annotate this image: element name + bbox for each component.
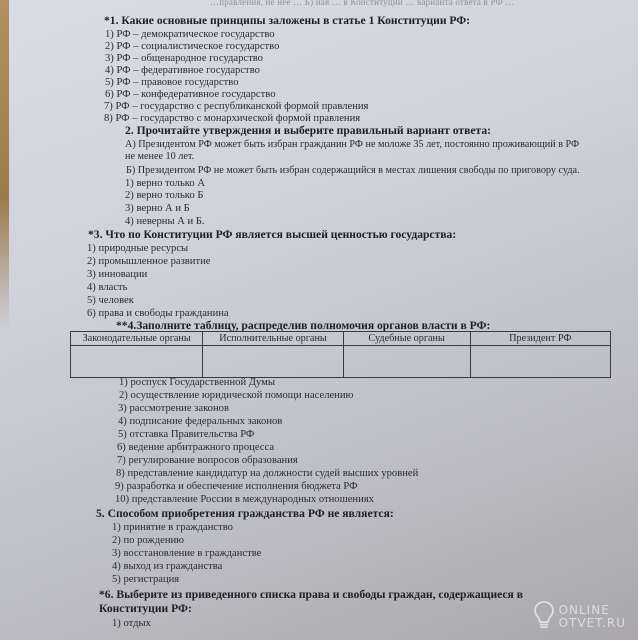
q4-option: 5) отставка Правительства РФ <box>118 429 254 441</box>
header-president: Президент РФ <box>470 332 610 346</box>
q3-option: 3) инновации <box>87 269 147 281</box>
question-2-title: 2. Прочитайте утверждения и выберите пра… <box>125 125 491 137</box>
q5-option: 4) выход из гражданства <box>112 561 222 573</box>
question-3-title: *3. Что по Конституции РФ является высше… <box>88 229 456 241</box>
q1-option: 6) РФ – конфедеративное государство <box>105 89 276 101</box>
q2-option: 1) верно только А <box>125 178 205 190</box>
question-5-title: 5. Способом приобретения гражданства РФ … <box>96 508 394 520</box>
q2-option: 4) неверны А и Б. <box>125 216 205 228</box>
desk-edge <box>0 0 9 330</box>
question-6-title: *6. Выберите из приведенного списка прав… <box>99 589 523 601</box>
q3-option: 5) человек <box>87 295 134 307</box>
q2-option: 2) верно только Б <box>125 190 203 202</box>
q4-option: 4) подписание федеральных законов <box>118 416 282 428</box>
q4-option: 9) разработка и обеспечение исполнения б… <box>115 481 357 493</box>
watermark: ONLINE OTVET.RU <box>533 600 626 634</box>
q3-option: 1) природные ресурсы <box>87 243 188 255</box>
q5-option: 3) восстановление в гражданстве <box>112 548 261 560</box>
q5-option: 5) регистрация <box>112 574 179 586</box>
q1-option: 2) РФ – социалистическое государство <box>105 41 279 53</box>
table-row <box>71 346 611 378</box>
question-6-title-cont: Конституции РФ: <box>99 603 192 615</box>
q5-option: 1) принятие в гражданство <box>112 522 233 534</box>
q2-statement-a: А) Президентом РФ может быть избран граж… <box>125 139 579 151</box>
q4-option: 10) представление России в международных… <box>115 494 374 506</box>
watermark-line2: OTVET.RU <box>559 617 626 630</box>
q4-option: 8) представление кандидатур на должности… <box>116 468 418 480</box>
cell-president[interactable] <box>470 346 610 378</box>
q3-option: 4) власть <box>87 282 128 294</box>
q4-option: 2) осуществление юридической помощи насе… <box>119 390 353 402</box>
q1-option: 4) РФ – федеративное государство <box>105 65 260 77</box>
q2-statement-b: Б) Президентом РФ не может быть избран с… <box>126 165 580 177</box>
q3-option: 2) промышленное развитие <box>87 256 210 268</box>
cell-legislative[interactable] <box>71 346 203 378</box>
header-judicial: Судебные органы <box>343 332 470 346</box>
q5-option: 2) по рождению <box>112 535 184 547</box>
q1-option: 1) РФ – демократическое государство <box>105 29 275 41</box>
table-header-row: Законодательные органы Исполнительные ор… <box>71 332 611 346</box>
q4-option: 3) рассмотрение законов <box>118 403 229 415</box>
cut-off-header-text: …правления, не нее … Б) ная … в Конститу… <box>210 0 514 7</box>
q1-option: 7) РФ – государство с республиканской фо… <box>104 101 368 113</box>
powers-table: Законодательные органы Исполнительные ор… <box>70 331 611 378</box>
q4-option: 7) регулирование вопросов образования <box>117 455 298 467</box>
lightbulb-icon <box>533 600 555 634</box>
cell-judicial[interactable] <box>343 346 470 378</box>
header-legislative: Законодательные органы <box>71 332 203 346</box>
q1-option: 3) РФ – общенародное государство <box>105 53 263 65</box>
q6-option: 1) отдых <box>112 618 151 630</box>
q4-option: 1) роспуск Государственной Думы <box>119 377 275 389</box>
q1-option: 5) РФ – правовое государство <box>105 77 239 89</box>
question-1-title: *1. Какие основные принципы заложены в с… <box>104 15 470 27</box>
header-executive: Исполнительные органы <box>203 332 343 346</box>
q2-option: 3) верно А и Б <box>125 203 190 215</box>
cell-executive[interactable] <box>203 346 343 378</box>
q2-statement-a-cont: не менее 10 лет. <box>125 151 194 163</box>
q4-option: 6) ведение арбитражного процесса <box>117 442 274 454</box>
